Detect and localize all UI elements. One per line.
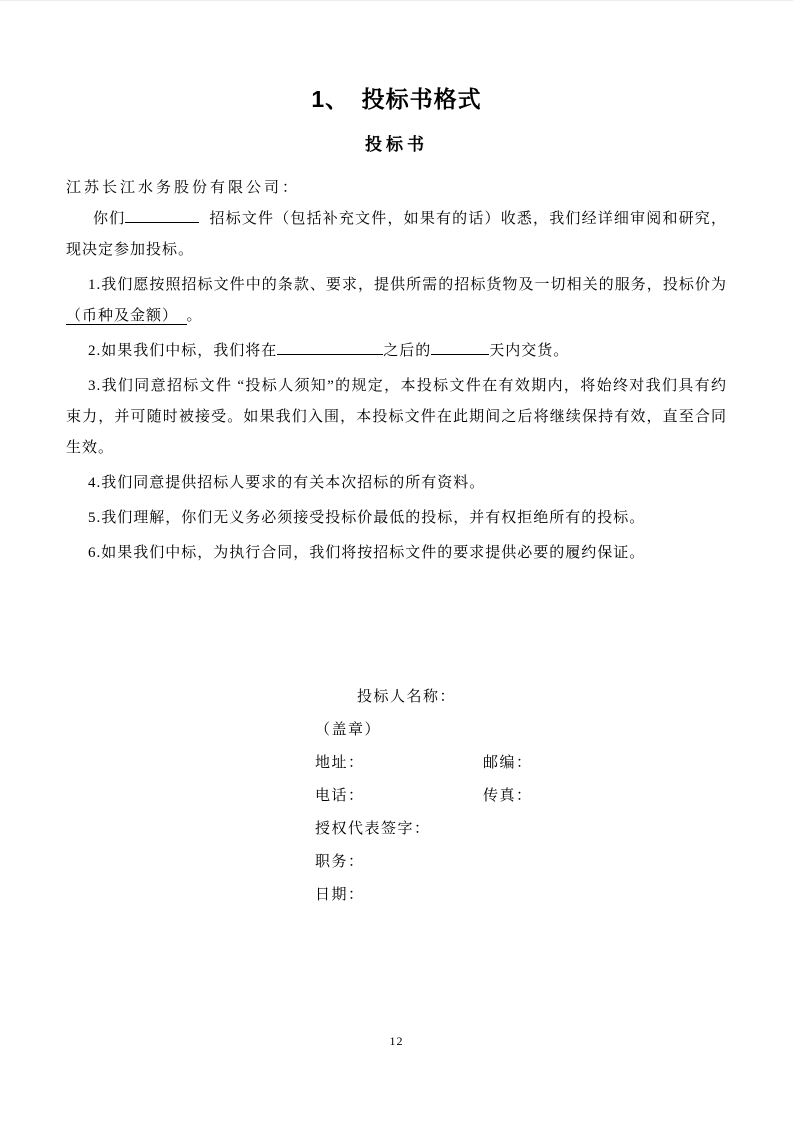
item-1-text: 1.我们愿按照招标文件中的条款、要求，提供所需的招标货物及一切相关的服务，投标价… <box>88 277 727 293</box>
page-number: 12 <box>0 1034 793 1049</box>
fax-label: 传真： <box>483 780 533 813</box>
representative-row: 授权代表签字： <box>315 813 727 846</box>
signature-block: 投标人名称： （盖章） 地址： 邮编： 电话： 传真： 授权代表签字： 职务： … <box>315 681 727 912</box>
postcode-label: 邮编： <box>483 747 533 780</box>
item-5-paragraph: 5.我们理解，你们无义务必须接受投标价最低的投标，并有权拒绝所有的投标。 <box>66 503 727 534</box>
seal-label: （盖章） <box>315 714 381 747</box>
item-2-text-middle: 之后的 <box>383 343 431 359</box>
phone-fax-row: 电话： 传真： <box>315 780 727 813</box>
item-1-paragraph: 1.我们愿按照招标文件中的条款、要求，提供所需的招标货物及一切相关的服务，投标价… <box>66 270 727 332</box>
position-row: 职务： <box>315 846 727 879</box>
blank-field-tender-number <box>125 207 199 223</box>
document-subtitle: 投标书 <box>66 134 727 155</box>
intro-text-before: 你们 <box>93 211 125 227</box>
item-2-text-end: 天内交货。 <box>489 343 569 359</box>
item-6-paragraph: 6.如果我们中标，为执行合同，我们将按招标文件的要求提供必要的履约保证。 <box>66 538 727 569</box>
date-row: 日期： <box>315 879 727 912</box>
date-label: 日期： <box>315 879 365 912</box>
item-3-paragraph: 3.我们同意招标文件 “投标人须知”的规定，本投标文件在有效期内，将始终对我们具… <box>66 371 727 464</box>
address-label: 地址： <box>315 747 483 780</box>
blank-field-event <box>277 339 383 355</box>
position-label: 职务： <box>315 846 365 879</box>
item-1-text-end: 。 <box>187 308 203 324</box>
phone-label: 电话： <box>315 780 483 813</box>
page-title: 1、 投标书格式 <box>66 86 727 113</box>
address-postcode-row: 地址： 邮编： <box>315 747 727 780</box>
seal-row: （盖章） <box>315 714 727 747</box>
item-4-paragraph: 4.我们同意提供招标人要求的有关本次招标的所有资料。 <box>66 468 727 499</box>
bidder-name-row: 投标人名称： <box>315 681 727 714</box>
bidder-name-label: 投标人名称： <box>315 681 456 714</box>
document-page: 1、 投标书格式 投标书 江苏长江水务股份有限公司： 你们招标文件（包括补充文件… <box>0 0 793 1122</box>
salutation-line: 江苏长江水务股份有限公司： <box>66 176 727 200</box>
blank-field-days <box>431 339 489 355</box>
item-2-text: 2.如果我们中标，我们将在 <box>88 343 277 359</box>
representative-signature-label: 授权代表签字： <box>315 813 431 846</box>
item-2-paragraph: 2.如果我们中标，我们将在之后的天内交货。 <box>66 336 727 367</box>
intro-paragraph: 你们招标文件（包括补充文件，如果有的话）收悉，我们经详细审阅和研究，现决定参加投… <box>66 204 727 266</box>
document-content: 1、 投标书格式 投标书 江苏长江水务股份有限公司： 你们招标文件（包括补充文件… <box>66 1 727 912</box>
underlined-field-currency-amount: （币种及金额） <box>66 308 187 325</box>
